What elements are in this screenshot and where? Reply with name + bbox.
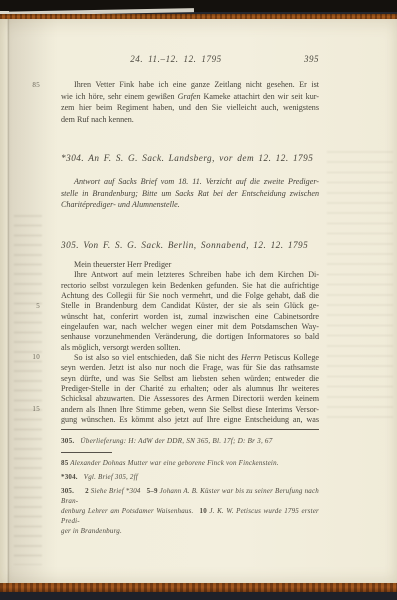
text-line: senhause vorzunehmenden Veränderung, die… [61, 332, 319, 342]
letter-305-body: Mein theuerster Herr PredigerIhre Antwor… [61, 260, 319, 426]
page-number: 395 [239, 54, 319, 64]
text-line: 305.Überlieferung: H: AdW der DDR, SN 36… [61, 436, 319, 446]
footnote-85: 85 Alexander Dohnas Mutter war eine gebo… [61, 458, 319, 468]
margin-line-number-85: 85 [24, 81, 40, 89]
text-line: 85 Alexander Dohnas Mutter war eine gebo… [61, 458, 319, 468]
footnote-304: *304.Vgl. Brief 305, 2ff [61, 472, 319, 482]
text-line: stelle in Brandenburg; Bitte um Sacks Ra… [61, 188, 319, 200]
text-line: Mein theuerster Herr Prediger [61, 260, 319, 270]
letter-303-paragraph: Ihren Vetter Fink habe ich eine ganze Ze… [61, 79, 319, 126]
letter-304-heading: *304. An F. S. G. Sack. Landsberg, vor d… [61, 153, 351, 163]
showthrough-right [327, 151, 393, 421]
text-line: zem hier beim Regiment haben, und den Si… [61, 102, 319, 114]
book-photo: 24. 11.–12. 12. 1795 395 85 5 10 15 Ihre… [0, 0, 397, 600]
letter-305-heading: 305. Von F. S. G. Sack. Berlin, Sonnaben… [61, 240, 351, 250]
text-line: Antwort auf Sacks Brief vom 18. 11. Verz… [61, 176, 319, 188]
text-line: 305.2 Siehe Brief *3045–9 Johann A. B. K… [61, 486, 319, 506]
text-line: Charitéprediger- und Alumnenstelle. [61, 199, 319, 211]
footnote-305: 305.2 Siehe Brief *3045–9 Johann A. B. K… [61, 486, 319, 536]
text-line: Achtung des Collegii für Sie noch vermeh… [61, 291, 319, 301]
text-line: seyn dürfte, und was Sie Selbst am liebs… [61, 374, 319, 384]
text-line: als möglich, versorgt werden sollten. [61, 343, 319, 353]
text-line: wie ich höre, sehr einem gewißen Grafen … [61, 91, 319, 103]
text-line: rectorio selbst vorzulegen kein Bedenken… [61, 281, 319, 291]
text-line: ger in Brandenburg. [61, 526, 319, 536]
apparatus-rule [61, 429, 319, 430]
text-line: Schicksal abzuwarten. Die Assessores des… [61, 394, 319, 404]
text-line: denburg Lehrer am Potsdamer Waisenhaus.1… [61, 506, 319, 526]
book-page: 24. 11.–12. 12. 1795 395 85 5 10 15 Ihre… [0, 19, 397, 583]
text-line: dem Ruf nach kennen. [61, 114, 319, 126]
text-line: So ist also so viel entschieden, daß Sie… [61, 353, 319, 363]
margin-line-number-5: 5 [24, 302, 40, 310]
text-line: Prediger-Stelle in der Charité zu erhalt… [61, 384, 319, 394]
letter-304-summary: Antwort auf Sacks Brief vom 18. 11. Verz… [61, 176, 319, 211]
text-line: gung wünschen. Es kömmt also jetzt auf I… [61, 415, 319, 425]
footnote-separator-rule [61, 452, 112, 453]
text-line: eingelaufen war, nach welcher wegen eine… [61, 322, 319, 332]
margin-line-number-15: 15 [24, 405, 40, 413]
text-line: seyn werden. Jetzt ist also nur noch die… [61, 363, 319, 373]
text-line: Ihren Vetter Fink habe ich eine ganze Ze… [61, 79, 319, 91]
showthrough-left [14, 215, 42, 565]
background-bottom [0, 592, 397, 600]
text-line: Ihre Antwort auf mein letzteres Schreibe… [61, 270, 319, 280]
text-line: *304.Vgl. Brief 305, 2ff [61, 472, 319, 482]
margin-line-number-10: 10 [24, 353, 40, 361]
text-line: andern als Ihnen Ihre Stimme geben, wenn… [61, 405, 319, 415]
text-line: Stelle in Brandenburg dem Candidat Küste… [61, 301, 319, 311]
text-line: wünscht hat, conferirt worden ist, zumal… [61, 312, 319, 322]
apparatus-entry-305: 305.Überlieferung: H: AdW der DDR, SN 36… [61, 436, 319, 446]
